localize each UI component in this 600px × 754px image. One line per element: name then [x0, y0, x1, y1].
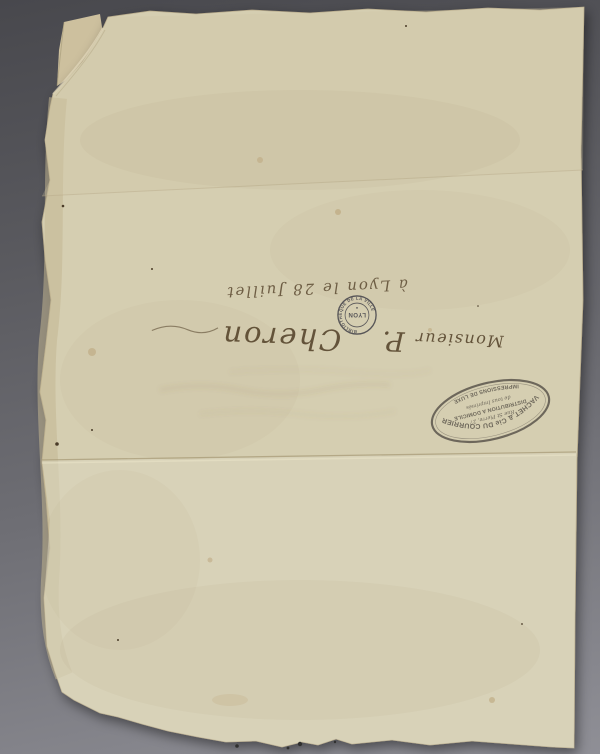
library-round-stamp: BIBLIOTHÈQUE DE LA VILLE LYON: [336, 294, 378, 336]
address-name-line: Monsieur P. Cheron: [111, 295, 505, 363]
salutation-text: Monsieur: [414, 329, 504, 351]
handwritten-address: Monsieur P. Cheron à Lyon le 28 Juillet: [112, 258, 504, 356]
name-text: Cheron: [221, 319, 342, 357]
scan-background: Monsieur P. Cheron à Lyon le 28 Juillet …: [0, 0, 600, 754]
pen-flourish: [149, 319, 220, 337]
stamp-center-text: LYON: [348, 311, 366, 318]
stamp-center-dot: [356, 307, 358, 309]
initial-text: P.: [381, 325, 405, 357]
